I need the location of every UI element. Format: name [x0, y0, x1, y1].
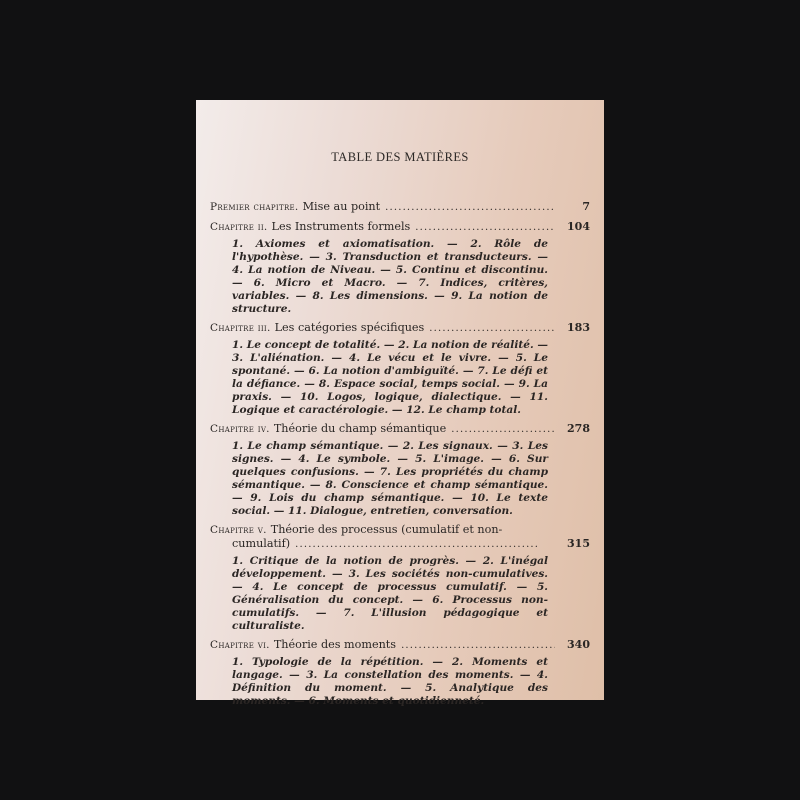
chapter-title: Théorie du champ sémantique — [274, 422, 446, 436]
chapter-page-number: 104 — [560, 220, 590, 234]
chapter-sections: 1. Axiomes et axiomatisation. — 2. Rôle … — [210, 238, 590, 316]
chapter-1: Premier chapitre. Mise au point 7 — [210, 200, 590, 215]
chapter-prefix: Chapitre v. — [210, 523, 267, 537]
chapter-prefix: Chapitre iii. — [210, 321, 271, 335]
chapter-4: Chapitre iv. Théorie du champ sémantique… — [210, 422, 590, 518]
chapter-page-number: 315 — [560, 537, 590, 551]
leader-dots — [401, 639, 555, 653]
chapter-title: Mise au point — [303, 200, 381, 214]
chapter-sections: 1. Le concept de totalité. — 2. La notio… — [210, 339, 590, 417]
chapter-prefix: Chapitre ii. — [210, 220, 268, 234]
chapter-2: Chapitre ii. Les Instruments formels 104… — [210, 220, 590, 316]
chapter-sections: 1. Critique de la notion de progrès. — 2… — [210, 555, 590, 633]
leader-dots — [429, 322, 555, 336]
leader-dots — [295, 538, 555, 552]
chapter-prefix: Premier chapitre. — [210, 200, 299, 214]
chapter-page-number: 340 — [560, 638, 590, 652]
leader-dots — [385, 201, 555, 215]
chapter-page-number: 7 — [560, 200, 590, 214]
chapter-page-number: 183 — [560, 321, 590, 335]
chapter-title: Théorie des processus (cumulatif et non- — [271, 523, 503, 537]
page-title: TABLE DES MATIÈRES — [196, 150, 604, 165]
table-of-contents: Premier chapitre. Mise au point 7 Chapit… — [210, 200, 590, 713]
chapter-title: Théorie des moments — [274, 638, 396, 652]
chapter-6: Chapitre vi. Théorie des moments 340 1. … — [210, 638, 590, 708]
chapter-prefix: Chapitre iv. — [210, 422, 270, 436]
chapter-sections: 1. Typologie de la répétition. — 2. Mome… — [210, 656, 590, 708]
book-page: TABLE DES MATIÈRES Premier chapitre. Mis… — [196, 100, 604, 700]
chapter-sections: 1. Le champ sémantique. — 2. Les signaux… — [210, 440, 590, 518]
leader-dots — [451, 423, 555, 437]
chapter-3: Chapitre iii. Les catégories spécifiques… — [210, 321, 590, 417]
chapter-prefix: Chapitre vi. — [210, 638, 270, 652]
leader-dots — [415, 221, 555, 235]
chapter-title-continued: cumulatif) — [232, 537, 290, 551]
chapter-page-number: 278 — [560, 422, 590, 436]
chapter-5: Chapitre v. Théorie des processus (cumul… — [210, 523, 590, 633]
chapter-title: Les catégories spécifiques — [275, 321, 425, 335]
chapter-title: Les Instruments formels — [272, 220, 411, 234]
